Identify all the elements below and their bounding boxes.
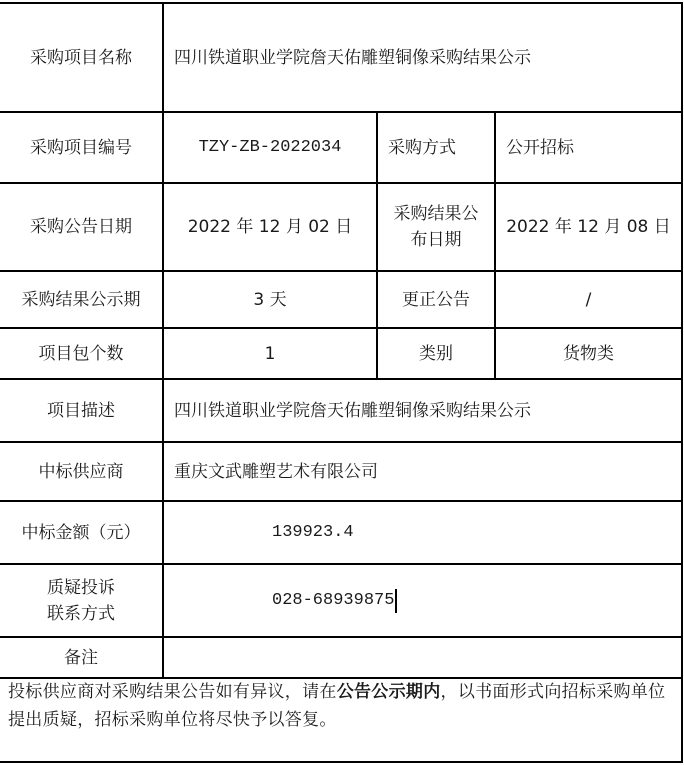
label-announcement-date: 采购公告日期 [0, 184, 162, 270]
text-cursor [395, 589, 397, 613]
notice-text-bold: 公告公示期内 [337, 682, 441, 702]
label-winning-amount: 中标金额（元） [0, 502, 162, 563]
complaint-notice: 投标供应商对采购结果公告如有异议，请在公告公示期内，以书面形式向招标采购单位提出… [8, 678, 676, 734]
label-category: 类别 [378, 329, 494, 378]
value-package-count: 1 [164, 329, 376, 378]
value-complaint-contact[interactable]: 028-68939875 [164, 565, 681, 636]
value-project-name: 四川铁道职业学院詹天佑雕塑铜像采购结果公示 [164, 4, 681, 111]
label-result-publish-date-line2: 布日期 [411, 227, 462, 253]
value-publicity-period: 3 天 [164, 272, 376, 327]
table-border-right [681, 2, 683, 763]
complaint-phone-text: 028-68939875 [272, 589, 394, 613]
label-correction-notice: 更正公告 [378, 272, 494, 327]
value-project-number: TZY-ZB-2022034 [164, 113, 376, 182]
value-category: 货物类 [496, 329, 681, 378]
label-complaint-contact-line2: 联系方式 [47, 601, 115, 627]
label-project-name: 采购项目名称 [0, 4, 162, 111]
value-winning-supplier: 重庆文武雕塑艺术有限公司 [164, 443, 681, 500]
value-winning-amount: 139923.4 [164, 502, 681, 563]
label-result-publish-date: 采购结果公 布日期 [378, 184, 494, 270]
label-result-publish-date-line1: 采购结果公 [394, 201, 479, 227]
label-project-description: 项目描述 [0, 380, 162, 441]
table-border-bottom [0, 761, 683, 763]
value-remarks [164, 638, 681, 677]
notice-text-part1: 投标供应商对采购结果公告如有异议，请在 [8, 682, 337, 702]
label-procurement-method: 采购方式 [378, 113, 494, 182]
label-complaint-contact: 质疑投诉 联系方式 [0, 565, 162, 636]
label-remarks: 备注 [0, 638, 162, 677]
label-complaint-contact-line1: 质疑投诉 [47, 575, 115, 601]
procurement-result-table: 采购项目名称 四川铁道职业学院詹天佑雕塑铜像采购结果公示 采购项目编号 TZY-… [0, 0, 684, 765]
label-winning-supplier: 中标供应商 [0, 443, 162, 500]
value-correction-notice: / [496, 272, 681, 327]
label-publicity-period: 采购结果公示期 [0, 272, 162, 327]
value-result-publish-date: 2022 年 12 月 08 日 [496, 184, 681, 270]
value-procurement-method: 公开招标 [496, 113, 681, 182]
value-project-description: 四川铁道职业学院詹天佑雕塑铜像采购结果公示 [164, 380, 681, 441]
value-announcement-date: 2022 年 12 月 02 日 [164, 184, 376, 270]
label-project-number: 采购项目编号 [0, 113, 162, 182]
label-package-count: 项目包个数 [0, 329, 162, 378]
